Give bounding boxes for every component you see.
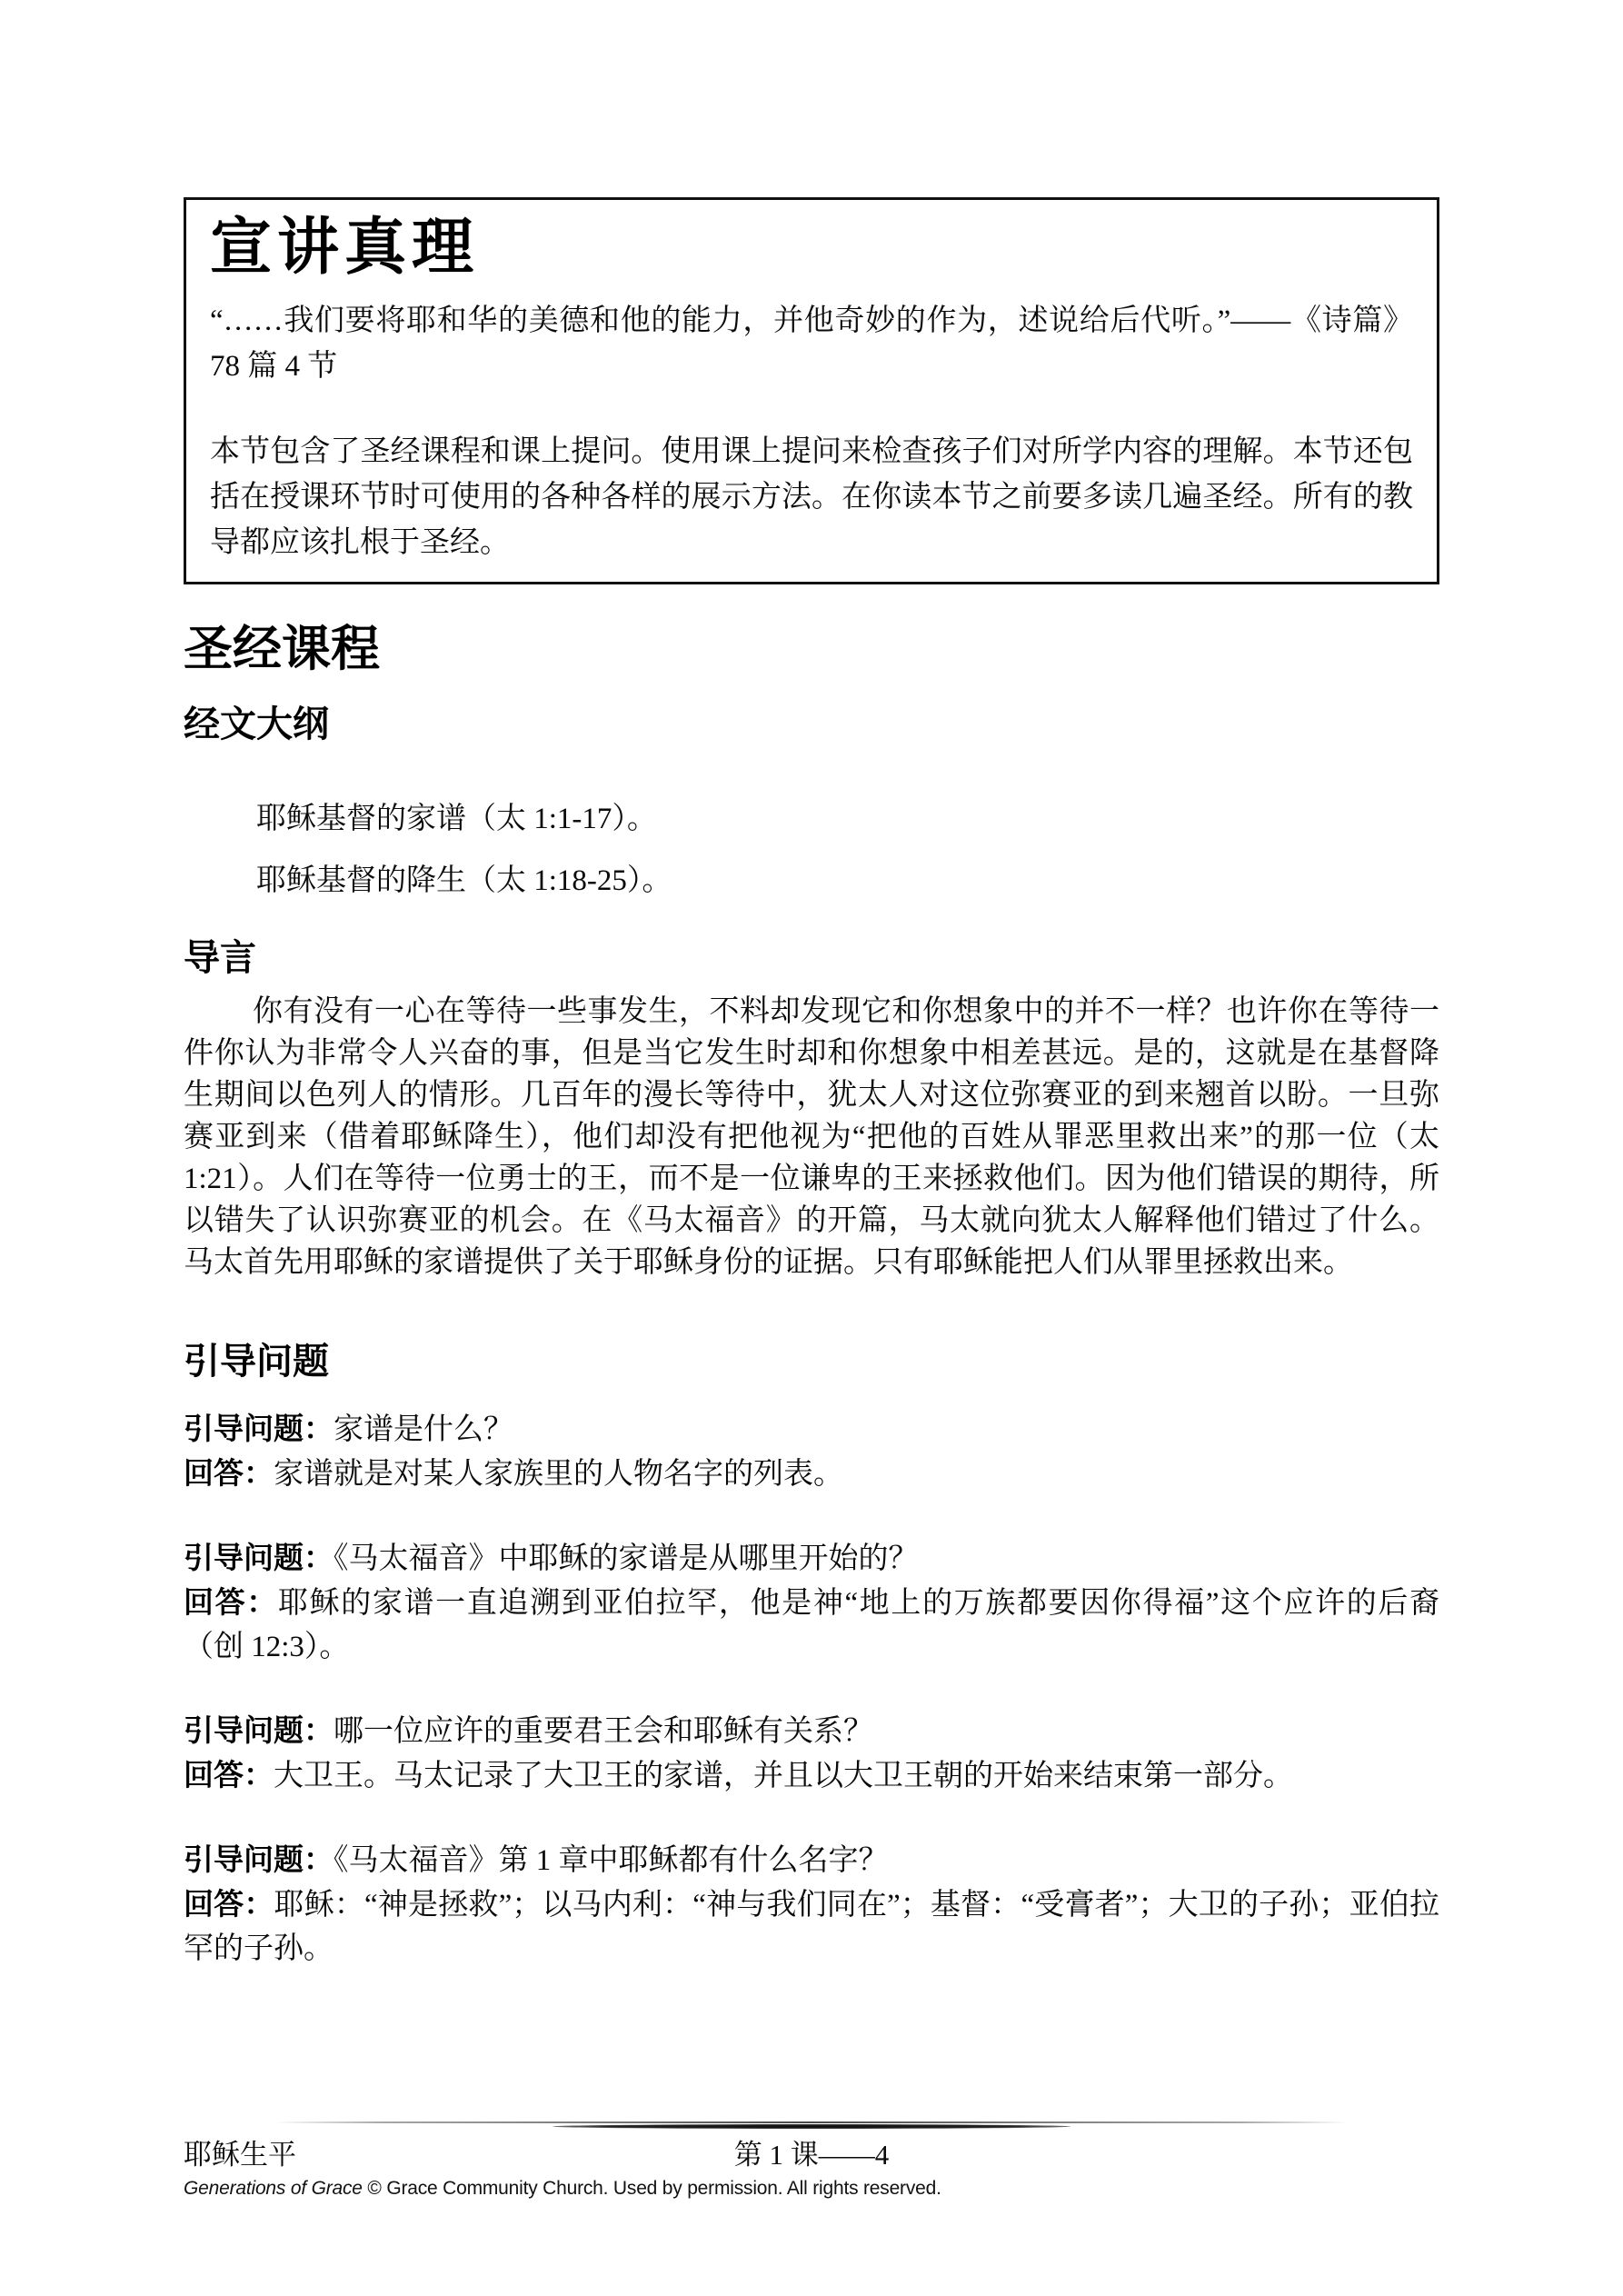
heading-guiding-questions: 引导问题 bbox=[184, 1340, 1439, 1383]
answer-label: 回答： bbox=[184, 1585, 278, 1619]
question-line: 引导问题：《马太福音》第 1 章中耶稣都有什么名字？ bbox=[184, 1838, 1439, 1882]
outline-item: 耶稣基督的家谱（太 1:1-17）。 bbox=[184, 798, 1439, 840]
answer-text: 耶稣：“神是拯救”；以马内利：“神与我们同在”；基督：“受膏者”；大卫的子孙；亚… bbox=[184, 1889, 1439, 1965]
question-label: 引导问题： bbox=[184, 1713, 334, 1747]
divider-thin-line bbox=[275, 2121, 1348, 2123]
answer-label: 回答： bbox=[184, 1887, 274, 1921]
answer-text: 家谱就是对某人家族里的人物名字的列表。 bbox=[274, 1458, 843, 1491]
qa-block: 引导问题：家谱是什么？ 回答：家谱就是对某人家族里的人物名字的列表。 bbox=[184, 1407, 1439, 1496]
box-title: 宣讲真理 bbox=[210, 211, 1413, 285]
answer-label: 回答： bbox=[184, 1456, 274, 1490]
document-page: 宣讲真理 “……我们要将耶和华的美德和他的能力，并他奇妙的作为，述说给后代听。”… bbox=[0, 0, 1623, 2296]
answer-line: 回答：家谱就是对某人家族里的人物名字的列表。 bbox=[184, 1452, 1439, 1496]
footer-divider bbox=[184, 2118, 1439, 2131]
answer-line: 回答：耶稣的家谱一直追溯到亚伯拉罕，他是神“地上的万族都要因你得福”这个应许的后… bbox=[184, 1581, 1439, 1669]
header-box: 宣讲真理 “……我们要将耶和华的美德和他的能力，并他奇妙的作为，述说给后代听。”… bbox=[184, 197, 1439, 584]
page-number: 第 1 课——4 bbox=[734, 2138, 890, 2172]
answer-text: 耶稣的家谱一直追溯到亚伯拉罕，他是神“地上的万族都要因你得福”这个应许的后裔（创… bbox=[184, 1587, 1439, 1663]
copyright-text: © Grace Community Church. Used by permis… bbox=[363, 2178, 941, 2199]
outline-item: 耶稣基督的降生（太 1:18-25）。 bbox=[184, 860, 1439, 902]
copyright-line: Generations of Grace © Grace Community C… bbox=[184, 2177, 1439, 2201]
copyright-series-name: Generations of Grace bbox=[184, 2178, 363, 2199]
question-line: 引导问题：家谱是什么？ bbox=[184, 1407, 1439, 1452]
qa-block: 引导问题：《马太福音》中耶稣的家谱是从哪里开始的？ 回答：耶稣的家谱一直追溯到亚… bbox=[184, 1536, 1439, 1669]
question-line: 引导问题：《马太福音》中耶稣的家谱是从哪里开始的？ bbox=[184, 1536, 1439, 1581]
question-label: 引导问题： bbox=[184, 1412, 334, 1445]
question-text: 《马太福音》中耶稣的家谱是从哪里开始的？ bbox=[334, 1542, 919, 1575]
answer-line: 回答：耶稣：“神是拯救”；以马内利：“神与我们同在”；基督：“受膏者”；大卫的子… bbox=[184, 1882, 1439, 1971]
qa-block: 引导问题：哪一位应许的重要君王会和耶稣有关系？ 回答：大卫王。马太记录了大卫王的… bbox=[184, 1709, 1439, 1798]
heading-bible-lesson: 圣经课程 bbox=[184, 623, 1439, 676]
qa-block: 引导问题：《马太福音》第 1 章中耶稣都有什么名字？ 回答：耶稣：“神是拯救”；… bbox=[184, 1838, 1439, 1971]
question-line: 引导问题：哪一位应许的重要君王会和耶稣有关系？ bbox=[184, 1709, 1439, 1753]
footer-row: 耶稣生平 第 1 课——4 bbox=[184, 2138, 1439, 2172]
question-text: 哪一位应许的重要君王会和耶稣有关系？ bbox=[334, 1715, 873, 1748]
question-label: 引导问题： bbox=[184, 1541, 334, 1574]
answer-line: 回答：大卫王。马太记录了大卫王的家谱，并且以大卫王朝的开始来结束第一部分。 bbox=[184, 1753, 1439, 1798]
question-text: 家谱是什么？ bbox=[334, 1413, 513, 1446]
answer-text: 大卫王。马太记录了大卫王的家谱，并且以大卫王朝的开始来结束第一部分。 bbox=[274, 1760, 1293, 1792]
heading-introduction: 导言 bbox=[184, 936, 1439, 980]
divider-thick-line bbox=[553, 2124, 1070, 2129]
scripture-quote: “……我们要将耶和华的美德和他的能力，并他奇妙的作为，述说给后代听。”——《诗篇… bbox=[210, 298, 1413, 389]
page-content: 宣讲真理 “……我们要将耶和华的美德和他的能力，并他奇妙的作为，述说给后代听。”… bbox=[184, 0, 1439, 2011]
page-footer: 耶稣生平 第 1 课——4 Generations of Grace © Gra… bbox=[184, 2118, 1439, 2201]
introduction-paragraph: 你有没有一心在等待一些事发生，不料却发现它和你想象中的并不一样？也许你在等待一件… bbox=[184, 991, 1439, 1283]
answer-label: 回答： bbox=[184, 1758, 274, 1792]
question-label: 引导问题： bbox=[184, 1842, 334, 1876]
heading-scripture-outline: 经文大纲 bbox=[184, 704, 1439, 745]
book-title: 耶稣生平 bbox=[184, 2138, 296, 2172]
question-text: 《马太福音》第 1 章中耶稣都有什么名字？ bbox=[334, 1844, 889, 1877]
box-description: 本节包含了圣经课程和课上提问。使用课上提问来检查孩子们对所学内容的理解。本节还包… bbox=[210, 429, 1413, 565]
